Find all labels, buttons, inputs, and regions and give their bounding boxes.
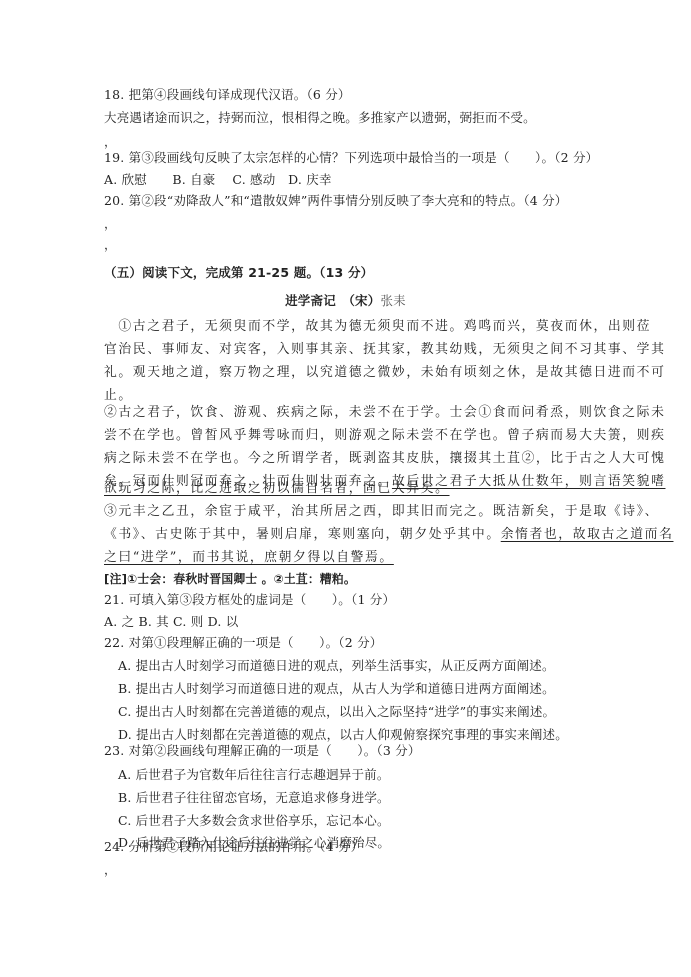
question-18-sentence: 大亮遇诸途而识之，持弼而泣，恨相得之晚。多推家产以遗弼，弼拒而不受。	[104, 109, 536, 127]
question-23-option-a[interactable]: A. 后世君子为官数年后往往言行志趣迥异于前。	[118, 766, 390, 784]
passage-line-5: ②古之君子，饮食、游观、疾病之际，未尝不在于学。士会①食而问肴烝，则饮食之际未	[104, 404, 665, 422]
question-20-prompt: 20. 第②段“劝降敌人”和“遣散奴婢”两件事情分别反映了李大亮和的特点。（4 …	[104, 192, 568, 210]
passage-line-1: ①古之君子，无须臾而不学，故其为德无须臾而不进。鸡鸣而兴，莫夜而休，出则莅	[104, 318, 651, 336]
question-22-option-a[interactable]: A. 提出古人时刻学习而道德日进的观点，列举生活事实，从正反两方面阐述。	[118, 657, 555, 675]
passage-author: 张耒	[380, 293, 405, 308]
passage-line-6: 尝不在学也。曾皙风乎舞雩咏而归，则游观之际未尝不在学也。曾子病而易大夫箦，则疾	[104, 427, 665, 445]
passage-title: 进学斋记 （宋）张耒	[0, 292, 691, 310]
underlined-sentence-2-part-2: 之曰“进学”，而书其说，庶朝夕得以自警焉。	[104, 549, 394, 567]
question-24-prompt: 24. 分析第②段所用论证方法的作用。（4 分）	[104, 838, 363, 856]
passage-line-10: ③元丰之乙丑，余宦于咸平，治其所居之西，即其旧而完之。既洁新矣，于是取《诗》、	[104, 503, 659, 521]
section-5-heading: （五）阅读下文，完成第 21-25 题。（13 分）	[104, 264, 373, 282]
passage-line-11: 《书》、古史陈于其中，暑则启扉，寒则塞向，朝夕处乎其中。余惰者也，故取古之道而名	[104, 526, 673, 544]
passage-line-7: 病之际未尝不在学也。今之所谓学者，既剥盗其皮肤，攘掇其土苴②，比于古之人大可愧	[104, 450, 665, 468]
question-18-prompt: 18. 把第④段画线句译成现代汉语。（6 分）	[104, 86, 351, 104]
passage-line-4: 止。	[104, 387, 133, 405]
passage-note: [注]①士会：春秋时晋国卿士 。②土苴：糟粕。	[104, 570, 356, 588]
question-19-prompt: 19. 第③段画线句反映了太宗怎样的心情？下列选项中最恰当的一项是（ ）。（2 …	[104, 149, 598, 167]
question-24-answer-blank[interactable]: ，	[104, 861, 117, 879]
passage-line-2: 官治民、事师友、对宾客，入则事其亲、抚其家，教其幼贱，无须臾之间不习其事、学其	[104, 341, 665, 359]
question-23-option-c[interactable]: C. 后世君子大多数会贪求世俗享乐，忘记本心。	[118, 812, 390, 830]
question-22-option-b[interactable]: B. 提出古人时刻学习而道德日进的观点，从古人为学和道德日进两方面阐述。	[118, 680, 555, 698]
question-23-option-b[interactable]: B. 后世君子往往留恋官场，无意追求修身进学。	[118, 789, 390, 807]
question-22-option-c[interactable]: C. 提出古人时刻都在完善道德的观点，以出入之际坚持“进学”的事实来阐述。	[118, 703, 555, 721]
underlined-sentence-2-part-1: 余惰者也，故取古之道而名	[501, 527, 674, 542]
question-19-options[interactable]: A. 欣慰 B. 自豪 C. 感动 D. 庆幸	[104, 171, 332, 189]
question-21-prompt: 21. 可填入第③段方框处的虚词是（ ）。（1 分）	[104, 591, 395, 609]
exam-page: 18. 把第④段画线句译成现代汉语。（6 分） 大亮遇诸途而识之，持弼而泣，恨相…	[0, 0, 691, 977]
question-20-answer-blank-2[interactable]: ，	[104, 236, 117, 254]
question-23-prompt: 23. 对第②段画线句理解正确的一项是（ ）。（3 分）	[104, 742, 421, 760]
question-20-answer-blank-1[interactable]: ，	[104, 215, 117, 233]
passage-line-11-plain: 《书》、古史陈于其中，暑则启扉，寒则塞向，朝夕处乎其中。	[104, 527, 501, 542]
question-22-prompt: 22. 对第①段理解正确的一项是（ ）。（2 分）	[104, 634, 382, 652]
passage-title-text: 进学斋记 （宋）	[285, 293, 380, 308]
question-21-options[interactable]: A. 之 B. 其 C. 则 D. 以	[104, 613, 238, 631]
passage-line-3: 礼。观天地之道，察万物之理，以究道德之微妙，未始有顷刻之休，是故其德日进而不可	[104, 364, 665, 382]
underlined-sentence-part-2: 欲玩习之际，比之进取之初以儒自名者，固已大异矣。	[104, 480, 450, 498]
